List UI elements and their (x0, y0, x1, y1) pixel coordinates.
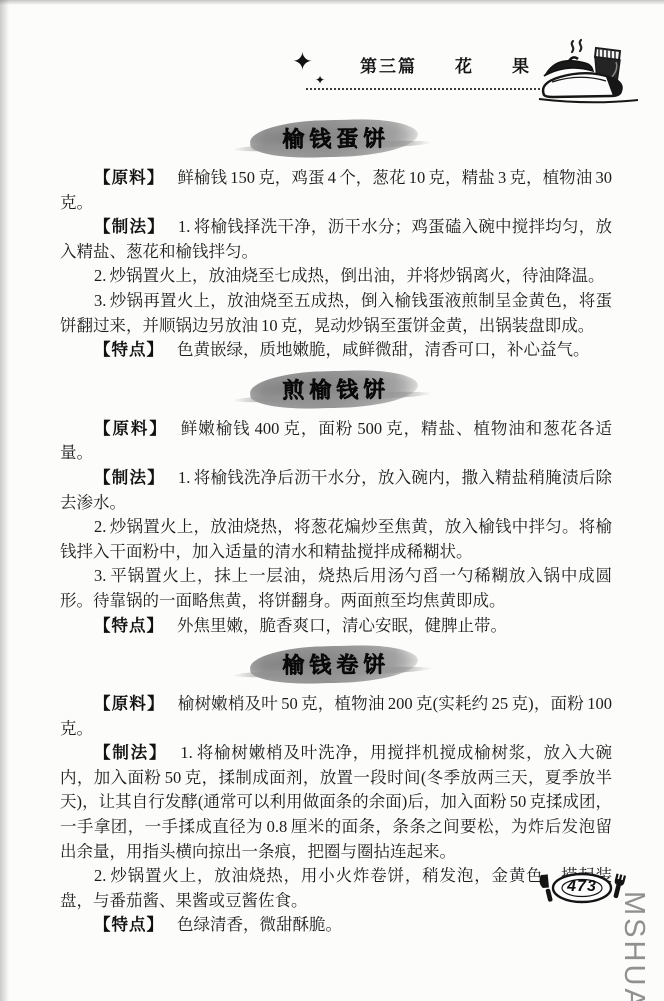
steaming-dish-illustration (536, 38, 640, 104)
banner-row: 榆钱蛋饼 (60, 118, 612, 159)
paragraph-text: 3. 平锅置火上，抹上一层油，烧热后用汤勺舀一勺稀糊放入锅中成圆形。待靠锅的一面… (60, 566, 612, 610)
method-step: 2. 炒锅置火上，放油烧至七成热，倒出油，并将炒锅离火，待油降温。 (60, 264, 612, 289)
features-paragraph: 【特点】色黄嵌绿，质地嫩脆，咸鲜微甜，清香可口，补心益气。 (60, 338, 612, 363)
ingredients-paragraph: 【原料】鲜榆钱 150 克，鸡蛋 4 个，葱花 10 克，精盐 3 克，植物油 … (60, 166, 612, 215)
method-paragraph: 【制法】1. 将榆钱择洗干净，沥干水分；鸡蛋磕入碗中搅拌均匀，放入精盐、葱花和榆… (60, 215, 612, 264)
method-step: 3. 平锅置火上，抹上一层油，烧热后用汤勺舀一勺稀糊放入锅中成圆形。待靠锅的一面… (60, 564, 612, 613)
method-paragraph: 【制法】1. 将榆钱洗净后沥干水分，放入碗内，撒入精盐稍腌渍后除去渗水。 (60, 466, 612, 515)
paragraph-text: 2. 炒锅置火上，放油烧至七成热，倒出油，并将炒锅离火，待油降温。 (94, 266, 605, 285)
ingredients-paragraph: 【原料】鲜嫩榆钱 400 克，面粉 500 克，精盐、植物油和葱花各适量。 (60, 417, 612, 466)
paragraph-label: 【制法】 (94, 218, 165, 236)
paragraph-text: 色黄嵌绿，质地嫩脆，咸鲜微甜，清香可口，补心益气。 (177, 340, 590, 359)
paragraph-label: 【原料】 (94, 420, 168, 438)
recipe-title-banner: 煎榆钱饼 (262, 369, 410, 410)
recipe-title: 煎榆钱饼 (282, 372, 390, 404)
paragraph-label: 【原料】 (94, 169, 164, 187)
recipe-title-banner: 榆钱卷饼 (262, 644, 410, 685)
dotted-rule (306, 88, 548, 90)
recipe-title-banner: 榆钱蛋饼 (262, 118, 410, 159)
method-step: 2. 炒锅置火上，放油烧热，用小火炸卷饼，稍发泡，金黄色，捞起装盘，与番茄酱、果… (60, 864, 612, 913)
paragraph-text: 2. 炒锅置火上，放油烧热，用小火炸卷饼，稍发泡，金黄色，捞起装盘，与番茄酱、果… (60, 866, 612, 910)
scan-shadow-left (0, 0, 9, 1001)
page-content: 榆钱蛋饼 【原料】鲜榆钱 150 克，鸡蛋 4 个，葱花 10 克，精盐 3 克… (60, 112, 612, 938)
features-paragraph: 【特点】色绿清香，微甜酥脆。 (60, 913, 612, 938)
features-paragraph: 【特点】外焦里嫩，脆香爽口，清心安眠，健脾止带。 (60, 614, 612, 639)
book-page: ✦ ✦ 第三篇 花 果 榆钱蛋饼 【原料】鲜榆钱 150 (0, 0, 664, 1001)
paragraph-label: 【制法】 (94, 469, 165, 487)
recipe-section-3: 榆钱卷饼 【原料】榆树嫩梢及叶 50 克，植物油 200 克(实耗约 25 克)… (60, 644, 612, 938)
paragraph-text: 3. 炒锅再置火上，放油烧至五成热，倒入榆钱蛋液煎制呈金黄色，将蛋饼翻过来，并顺… (60, 291, 612, 335)
banner-row: 榆钱卷饼 (60, 644, 612, 685)
recipe-section-2: 煎榆钱饼 【原料】鲜嫩榆钱 400 克，面粉 500 克，精盐、植物油和葱花各适… (60, 369, 612, 638)
recipe-title: 榆钱卷饼 (282, 648, 390, 680)
sparkle-icon-large: ✦ (292, 50, 313, 75)
watermark: MSHUA (617, 891, 651, 1001)
page-number: 473 (534, 878, 630, 896)
paragraph-label: 【制法】 (94, 744, 167, 762)
chapter-header: ✦ ✦ 第三篇 花 果 (0, 0, 664, 112)
paragraph-text: 2. 炒锅置火上，放油烧热，将葱花煸炒至焦黄，放入榆钱中拌匀。将榆钱拌入干面粉中… (60, 517, 612, 561)
ingredients-paragraph: 【原料】榆树嫩梢及叶 50 克，植物油 200 克(实耗约 25 克)，面粉 1… (60, 692, 612, 741)
paragraph-label: 【原料】 (94, 695, 165, 713)
paragraph-label: 【特点】 (94, 341, 164, 359)
paragraph-label: 【特点】 (94, 916, 164, 934)
method-step: 2. 炒锅置火上，放油烧热，将葱花煸炒至焦黄，放入榆钱中拌匀。将榆钱拌入干面粉中… (60, 515, 612, 564)
sparkle-icon-small: ✦ (315, 74, 325, 86)
banner-row: 煎榆钱饼 (60, 369, 612, 410)
page-footer: 473 (534, 868, 630, 908)
paragraph-label: 【特点】 (94, 617, 164, 635)
paragraph-text: 外焦里嫩，脆香爽口，清心安眠，健脾止带。 (177, 616, 507, 635)
recipe-section-1: 榆钱蛋饼 【原料】鲜榆钱 150 克，鸡蛋 4 个，葱花 10 克，精盐 3 克… (60, 118, 612, 363)
chapter-title: 第三篇 花 果 (360, 52, 531, 77)
method-paragraph: 【制法】1. 将榆树嫩梢及叶洗净，用搅拌机搅成榆树浆，放入大碗内，加入面粉 50… (60, 741, 612, 864)
paragraph-text: 色绿清香，微甜酥脆。 (177, 915, 342, 934)
recipe-title: 榆钱蛋饼 (282, 122, 390, 154)
method-step: 3. 炒锅再置火上，放油烧至五成热，倒入榆钱蛋液煎制呈金黄色，将蛋饼翻过来，并顺… (60, 289, 612, 338)
